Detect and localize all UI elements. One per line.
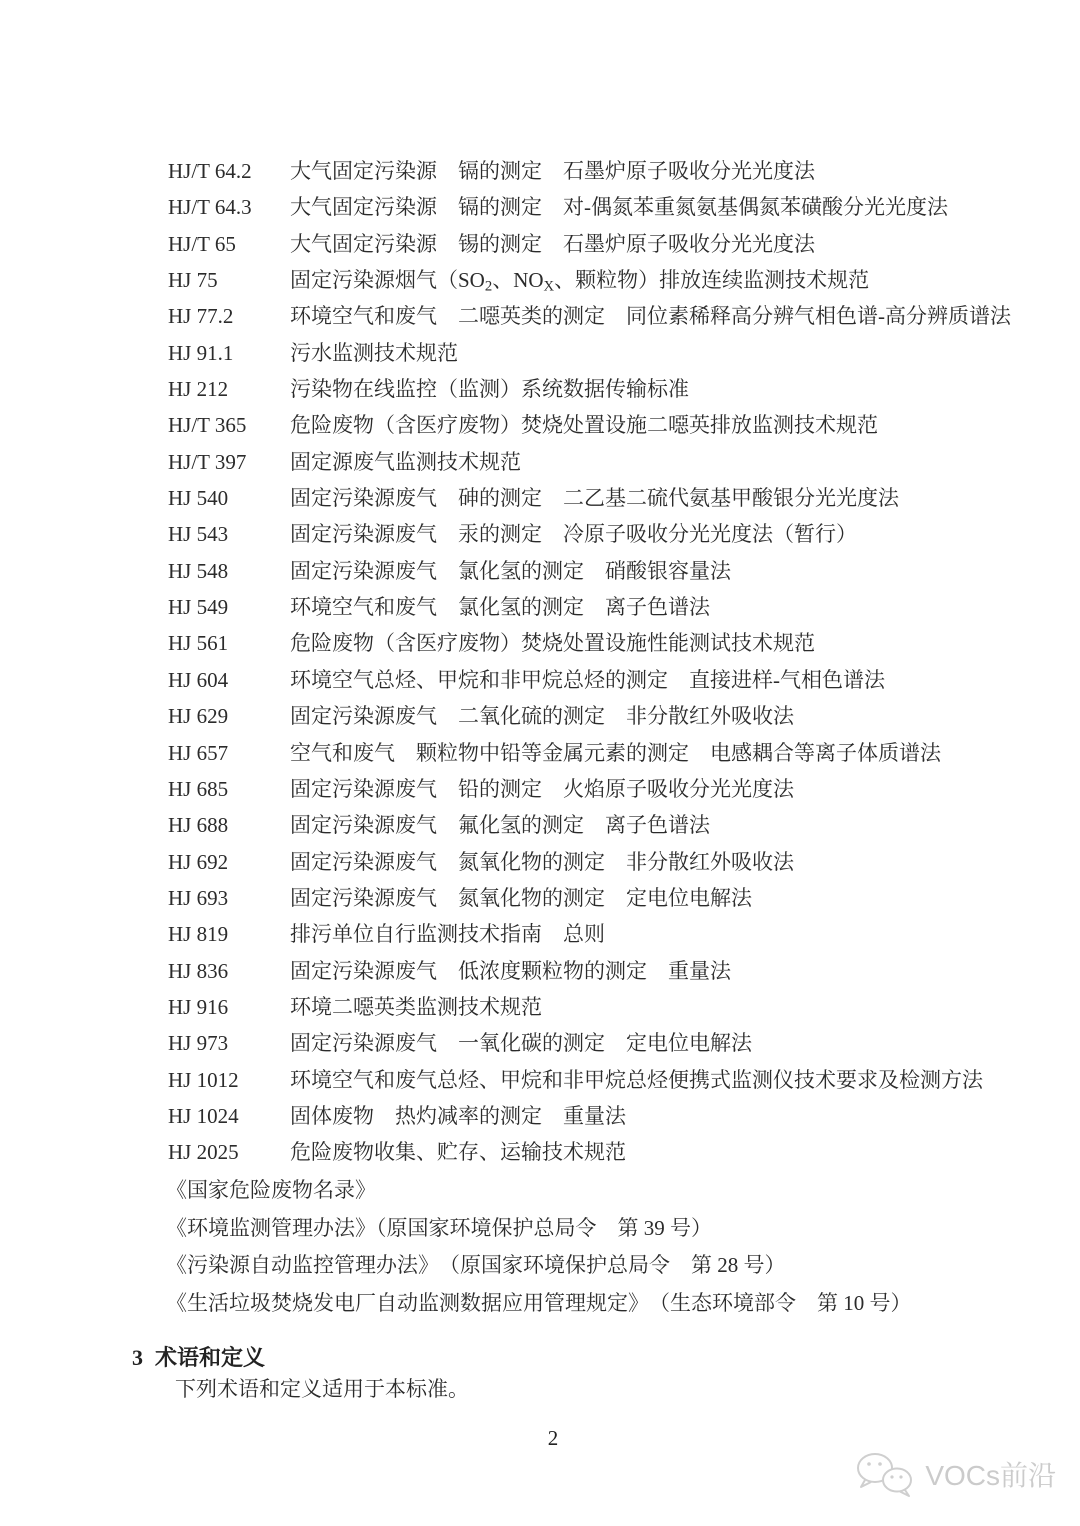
standard-row: HJ 2025危险废物收集、贮存、运输技术规范 [168, 1138, 1011, 1174]
standard-code: HJ 75 [168, 266, 290, 295]
standard-row: HJ 819排污单位自行监测技术指南 总则 [168, 920, 1011, 956]
standard-code: HJ/T 64.2 [168, 157, 290, 186]
standard-row: HJ 91.1污水监测技术规范 [168, 339, 1011, 375]
standard-description: 固定源废气监测技术规范 [290, 448, 521, 477]
standard-row: HJ 561危险废物（含医疗废物）焚烧处置设施性能测试技术规范 [168, 629, 1011, 665]
section-number: 3 [132, 1345, 143, 1370]
standard-row: HJ 973固定污染源废气 一氧化碳的测定 定电位电解法 [168, 1029, 1011, 1065]
standard-code: HJ 688 [168, 811, 290, 840]
standard-description: 危险废物收集、贮存、运输技术规范 [290, 1138, 626, 1167]
standard-code: HJ 1024 [168, 1102, 290, 1131]
standards-list: HJ/T 64.2大气固定污染源 镉的测定 石墨炉原子吸收分光光度法HJ/T 6… [168, 157, 1011, 1175]
standard-description: 固定污染源废气 氮氧化物的测定 非分散红外吸收法 [290, 848, 794, 877]
standard-description: 固定污染源废气 汞的测定 冷原子吸收分光光度法（暂行） [290, 520, 857, 549]
standard-row: HJ/T 365危险废物（含医疗废物）焚烧处置设施二噁英排放监测技术规范 [168, 411, 1011, 447]
standard-code: HJ/T 397 [168, 448, 290, 477]
standard-description: 固定污染源烟气（SO2、NOX、颗粒物）排放连续监测技术规范 [290, 266, 869, 295]
standard-description: 环境空气总烃、甲烷和非甲烷总烃的测定 直接进样-气相色谱法 [290, 666, 885, 695]
standard-row: HJ 212污染物在线监控（监测）系统数据传输标准 [168, 375, 1011, 411]
standard-description: 固定污染源废气 砷的测定 二乙基二硫代氨基甲酸银分光光度法 [290, 484, 899, 513]
reference-item: 《生活垃圾焚烧发电厂自动监测数据应用管理规定》 （生态环境部令 第 10 号） [166, 1288, 912, 1326]
standard-row: HJ 685固定污染源废气 铅的测定 火焰原子吸收分光光度法 [168, 775, 1011, 811]
section-title: 术语和定义 [155, 1345, 265, 1370]
standard-row: HJ/T 65大气固定污染源 锡的测定 石墨炉原子吸收分光光度法 [168, 230, 1011, 266]
standard-row: HJ 657空气和废气 颗粒物中铅等金属元素的测定 电感耦合等离子体质谱法 [168, 739, 1011, 775]
standard-row: HJ 540固定污染源废气 砷的测定 二乙基二硫代氨基甲酸银分光光度法 [168, 484, 1011, 520]
standard-code: HJ 685 [168, 775, 290, 804]
reference-item: 《国家危险废物名录》 [166, 1175, 912, 1213]
standard-description: 空气和废气 颗粒物中铅等金属元素的测定 电感耦合等离子体质谱法 [290, 739, 941, 768]
standard-code: HJ/T 365 [168, 411, 290, 440]
standard-row: HJ 549环境空气和废气 氯化氢的测定 离子色谱法 [168, 593, 1011, 629]
standard-code: HJ 77.2 [168, 302, 290, 331]
standard-row: HJ 688固定污染源废气 氟化氢的测定 离子色谱法 [168, 811, 1011, 847]
standard-row: HJ 692固定污染源废气 氮氧化物的测定 非分散红外吸收法 [168, 848, 1011, 884]
standard-description: 固定污染源废气 氟化氢的测定 离子色谱法 [290, 811, 710, 840]
standard-row: HJ 604环境空气总烃、甲烷和非甲烷总烃的测定 直接进样-气相色谱法 [168, 666, 1011, 702]
standard-description: 污水监测技术规范 [290, 339, 458, 368]
standard-code: HJ 1012 [168, 1066, 290, 1095]
standard-code: HJ 629 [168, 702, 290, 731]
standard-description: 污染物在线监控（监测）系统数据传输标准 [290, 375, 689, 404]
standard-description: 大气固定污染源 镉的测定 对-偶氮苯重氮氨基偶氮苯磺酸分光光度法 [290, 193, 948, 222]
standard-code: HJ 693 [168, 884, 290, 913]
standard-description: 固定污染源废气 一氧化碳的测定 定电位电解法 [290, 1029, 752, 1058]
standard-description: 固定污染源废气 氯化氢的测定 硝酸银容量法 [290, 557, 731, 586]
standard-description: 固体废物 热灼减率的测定 重量法 [290, 1102, 626, 1131]
page-number: 2 [0, 1426, 1080, 1451]
standard-code: HJ 973 [168, 1029, 290, 1058]
references-list: 《国家危险废物名录》《环境监测管理办法》（原国家环境保护总局令 第 39 号）《… [166, 1175, 912, 1325]
standard-code: HJ 549 [168, 593, 290, 622]
standard-code: HJ 540 [168, 484, 290, 513]
standard-row: HJ 916环境二噁英类监测技术规范 [168, 993, 1011, 1029]
standard-code: HJ 2025 [168, 1138, 290, 1167]
standard-description: 固定污染源废气 氮氧化物的测定 定电位电解法 [290, 884, 752, 913]
standard-row: HJ 75固定污染源烟气（SO2、NOX、颗粒物）排放连续监测技术规范 [168, 266, 1011, 302]
standard-code: HJ/T 65 [168, 230, 290, 259]
standard-row: HJ/T 64.2大气固定污染源 镉的测定 石墨炉原子吸收分光光度法 [168, 157, 1011, 193]
standard-row: HJ 1012环境空气和废气总烃、甲烷和非甲烷总烃便携式监测仪技术要求及检测方法 [168, 1066, 1011, 1102]
standard-description: 环境空气和废气总烃、甲烷和非甲烷总烃便携式监测仪技术要求及检测方法 [290, 1066, 983, 1095]
standard-description: 大气固定污染源 镉的测定 石墨炉原子吸收分光光度法 [290, 157, 815, 186]
section-heading: 3术语和定义 [132, 1341, 265, 1372]
standard-description: 危险废物（含医疗废物）焚烧处置设施二噁英排放监测技术规范 [290, 411, 878, 440]
watermark: VOCs前沿 [853, 1450, 1056, 1498]
standard-code: HJ 212 [168, 375, 290, 404]
standard-row: HJ 548固定污染源废气 氯化氢的测定 硝酸银容量法 [168, 557, 1011, 593]
standard-row: HJ 693固定污染源废气 氮氧化物的测定 定电位电解法 [168, 884, 1011, 920]
reference-item: 《污染源自动监控管理办法》 （原国家环境保护总局令 第 28 号） [166, 1250, 912, 1288]
standard-code: HJ 916 [168, 993, 290, 1022]
standard-code: HJ 836 [168, 957, 290, 986]
standard-code: HJ 657 [168, 739, 290, 768]
standard-code: HJ 692 [168, 848, 290, 877]
reference-item: 《环境监测管理办法》（原国家环境保护总局令 第 39 号） [166, 1213, 912, 1251]
document-page: HJ/T 64.2大气固定污染源 镉的测定 石墨炉原子吸收分光光度法HJ/T 6… [0, 0, 1080, 1526]
standard-description: 环境二噁英类监测技术规范 [290, 993, 542, 1022]
standard-code: HJ 543 [168, 520, 290, 549]
watermark-text: VOCs前沿 [925, 1454, 1056, 1494]
section-intro-paragraph: 下列术语和定义适用于本标准。 [175, 1373, 469, 1403]
standard-code: HJ 819 [168, 920, 290, 949]
wechat-icon [853, 1450, 919, 1498]
standard-row: HJ/T 397固定源废气监测技术规范 [168, 448, 1011, 484]
standard-description: 固定污染源废气 低浓度颗粒物的测定 重量法 [290, 957, 731, 986]
standard-code: HJ 561 [168, 629, 290, 658]
standard-description: 环境空气和废气 氯化氢的测定 离子色谱法 [290, 593, 710, 622]
standard-row: HJ 543固定污染源废气 汞的测定 冷原子吸收分光光度法（暂行） [168, 520, 1011, 556]
standard-description: 大气固定污染源 锡的测定 石墨炉原子吸收分光光度法 [290, 230, 815, 259]
standard-code: HJ 548 [168, 557, 290, 586]
standard-description: 危险废物（含医疗废物）焚烧处置设施性能测试技术规范 [290, 629, 815, 658]
standard-row: HJ 836固定污染源废气 低浓度颗粒物的测定 重量法 [168, 957, 1011, 993]
standard-code: HJ 604 [168, 666, 290, 695]
standard-description: 排污单位自行监测技术指南 总则 [290, 920, 605, 949]
standard-description: 固定污染源废气 铅的测定 火焰原子吸收分光光度法 [290, 775, 794, 804]
standard-code: HJ/T 64.3 [168, 193, 290, 222]
standard-row: HJ 629固定污染源废气 二氧化硫的测定 非分散红外吸收法 [168, 702, 1011, 738]
standard-row: HJ 77.2环境空气和废气 二噁英类的测定 同位素稀释高分辨气相色谱-高分辨质… [168, 302, 1011, 338]
standard-row: HJ 1024固体废物 热灼减率的测定 重量法 [168, 1102, 1011, 1138]
standard-description: 环境空气和废气 二噁英类的测定 同位素稀释高分辨气相色谱-高分辨质谱法 [290, 302, 1011, 331]
standard-code: HJ 91.1 [168, 339, 290, 368]
standard-row: HJ/T 64.3大气固定污染源 镉的测定 对-偶氮苯重氮氨基偶氮苯磺酸分光光度… [168, 193, 1011, 229]
standard-description: 固定污染源废气 二氧化硫的测定 非分散红外吸收法 [290, 702, 794, 731]
